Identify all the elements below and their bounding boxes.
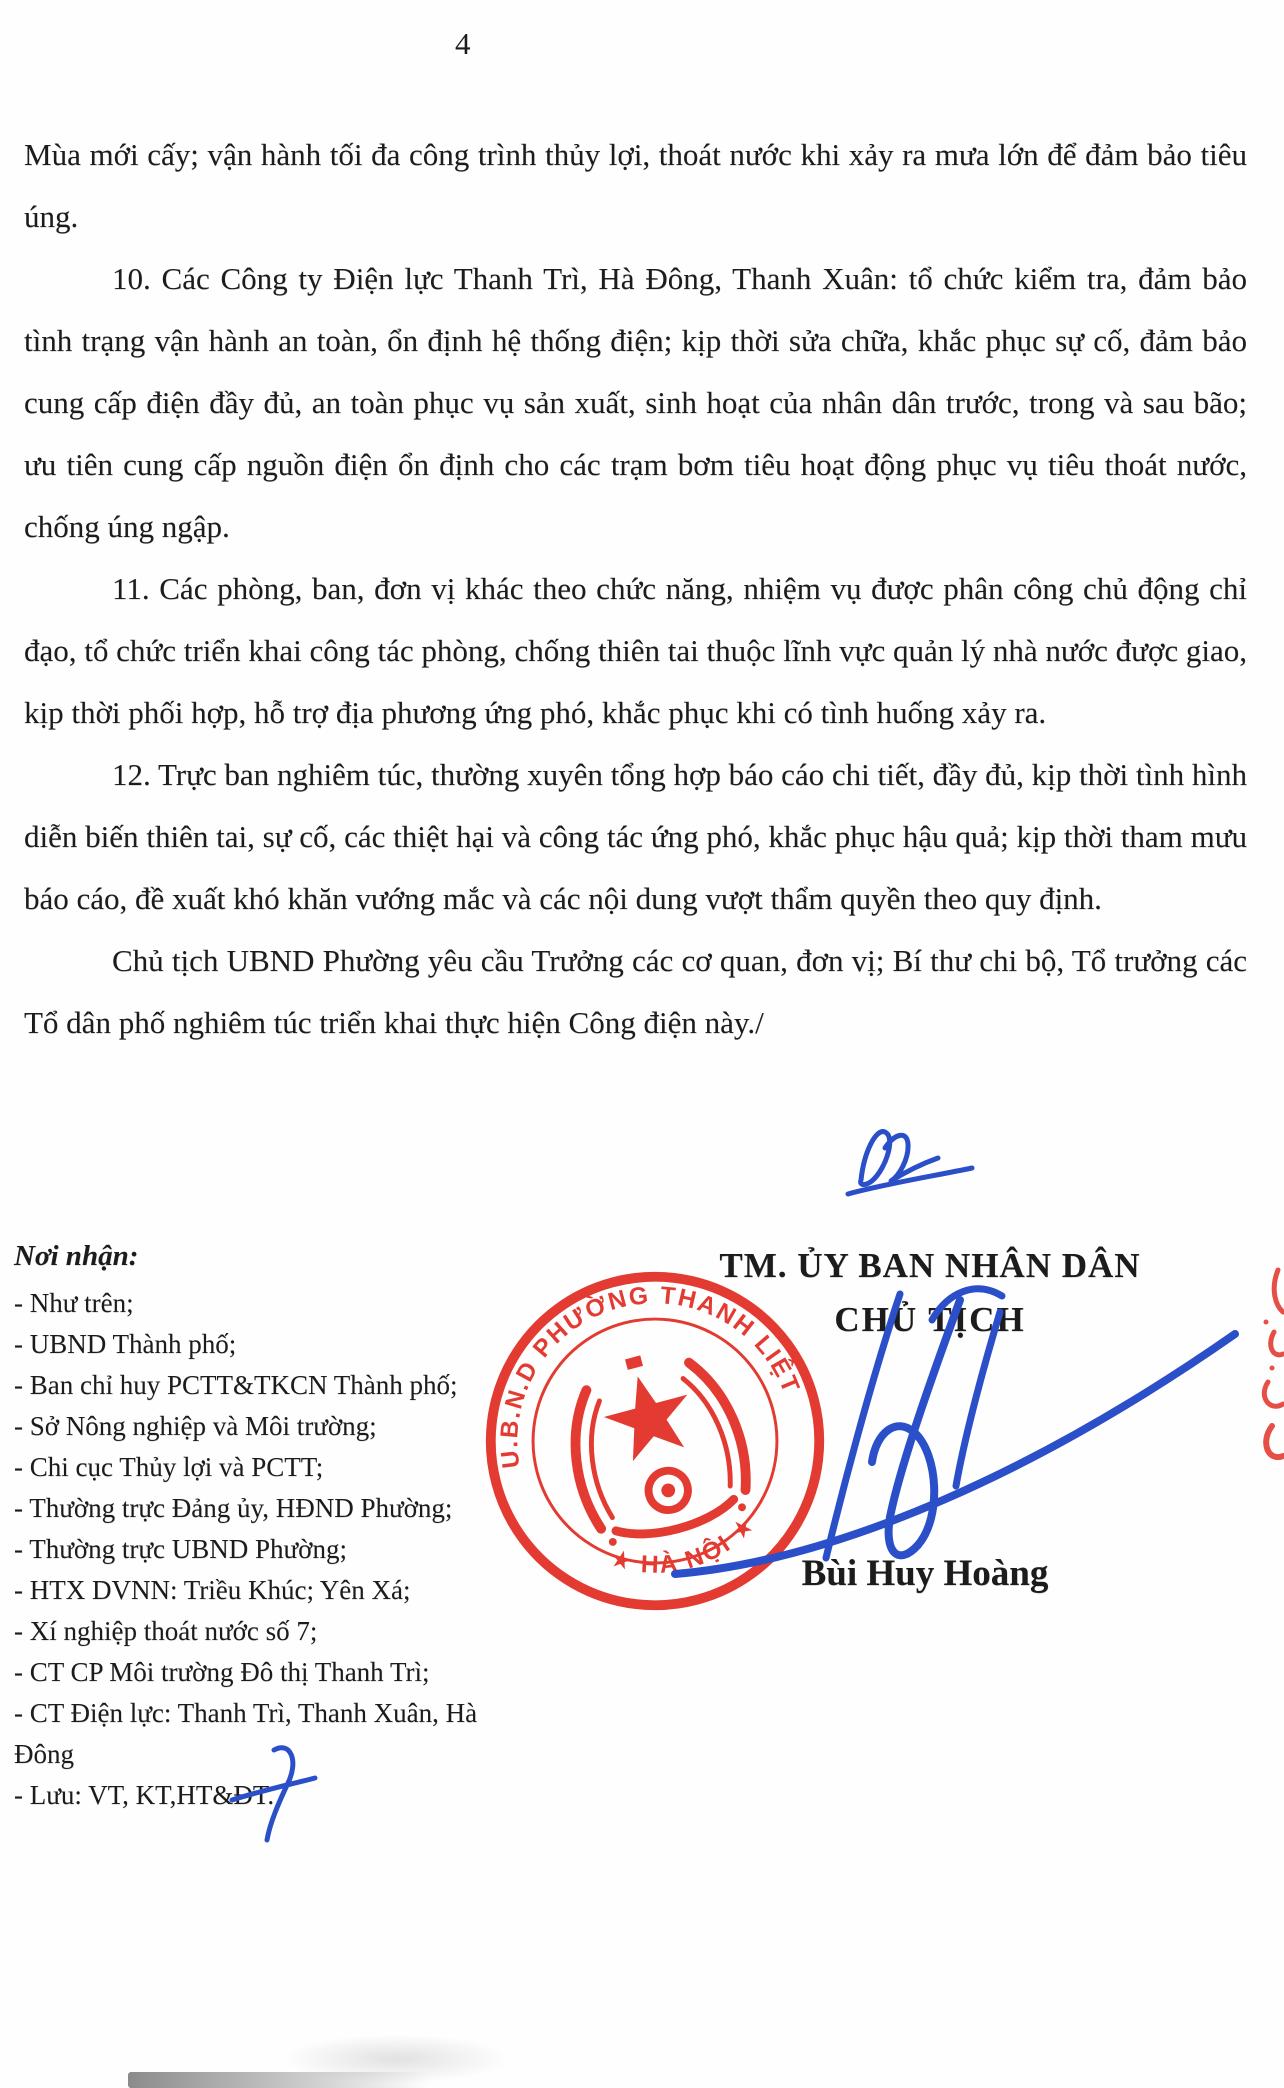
document-body: Mùa mới cấy; vận hành tối đa công trình … xyxy=(24,124,1247,1054)
signer-name: Bùi Huy Hoàng xyxy=(700,1552,1150,1595)
recipient-item: - Thường trực UBND Phường; xyxy=(14,1529,484,1570)
initial-signature-mark xyxy=(836,1118,986,1208)
paragraph: Mùa mới cấy; vận hành tối đa công trình … xyxy=(24,124,1247,248)
recipient-item: - HTX DVNN: Triều Khúc; Yên Xá; xyxy=(14,1570,484,1611)
scan-artifact-bar xyxy=(128,2072,428,2088)
document-page: 4 Mùa mới cấy; vận hành tối đa công trìn… xyxy=(0,0,1284,2088)
recipient-item: - Thường trực Đảng ủy, HĐND Phường; xyxy=(14,1488,484,1529)
chairman-signature xyxy=(600,1252,1250,1602)
paragraph: 11. Các phòng, ban, đơn vị khác theo chứ… xyxy=(24,558,1247,744)
recipient-item: - CT CP Môi trường Đô thị Thanh Trì; xyxy=(14,1652,484,1693)
paragraph: 10. Các Công ty Điện lực Thanh Trì, Hà Đ… xyxy=(24,248,1247,558)
recipient-item: - UBND Thành phố; xyxy=(14,1324,484,1365)
recipient-item: - Sở Nông nghiệp và Môi trường; xyxy=(14,1406,484,1447)
archival-flourish-mark xyxy=(222,1738,322,1846)
edge-stamp-fragment xyxy=(1248,1262,1284,1482)
page-number: 4 xyxy=(455,26,471,62)
paragraph: 12. Trực ban nghiêm túc, thường xuyên tổ… xyxy=(24,744,1247,930)
recipient-item: - Chi cục Thủy lợi và PCTT; xyxy=(14,1447,484,1488)
recipients-title: Nơi nhận: xyxy=(14,1236,484,1277)
recipients-block: Nơi nhận: - Như trên; - UBND Thành phố; … xyxy=(14,1236,484,1816)
paragraph: Chủ tịch UBND Phường yêu cầu Trưởng các … xyxy=(24,930,1247,1054)
recipient-item: - Xí nghiệp thoát nước số 7; xyxy=(14,1611,484,1652)
recipients-list: - Như trên; - UBND Thành phố; - Ban chỉ … xyxy=(14,1283,484,1816)
recipient-item: - Ban chỉ huy PCTT&TKCN Thành phố; xyxy=(14,1365,484,1406)
recipient-item: - Như trên; xyxy=(14,1283,484,1324)
